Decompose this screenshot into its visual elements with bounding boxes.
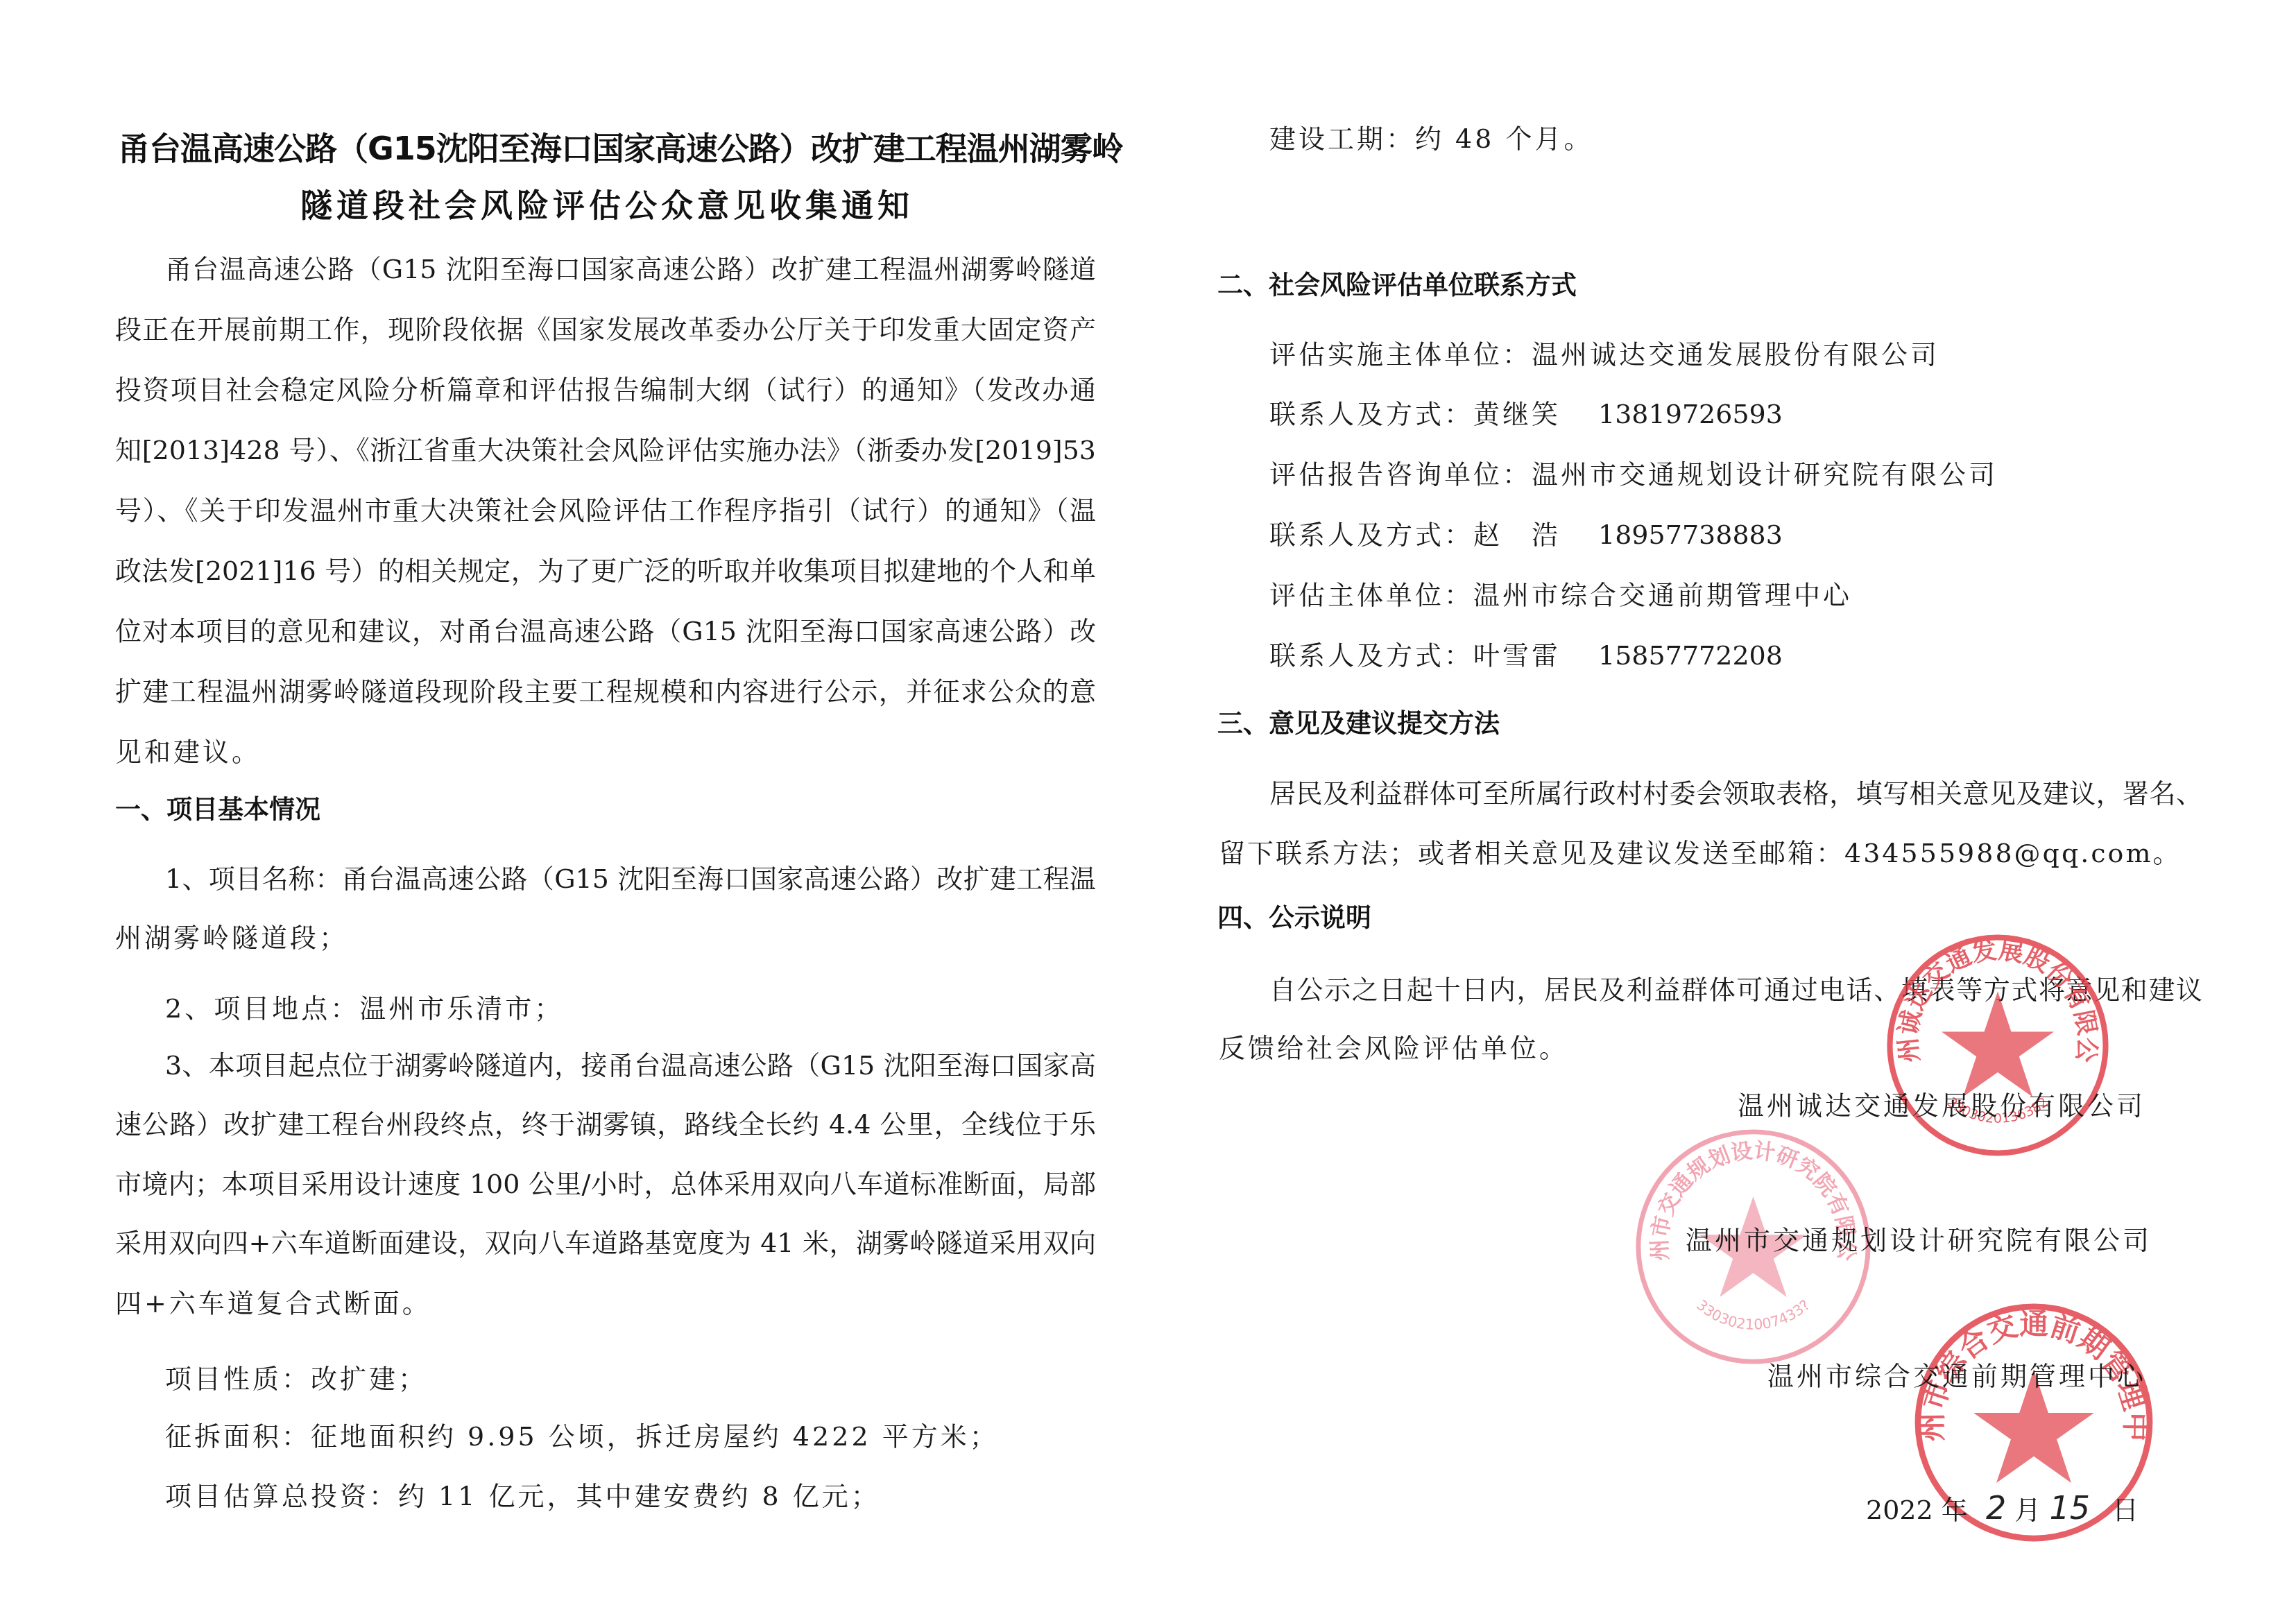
contact-row: 联系人及方式：赵 浩 18957738883 — [1269, 518, 1561, 551]
date-day-handwritten: 15 — [2049, 1489, 2090, 1527]
date-year: 2022 — [1866, 1495, 1933, 1525]
contact-phone: 15857772208 — [1598, 639, 1783, 672]
contact-label: 联系人及方式： — [1269, 640, 1473, 671]
svg-text:3303021007433?: 3303021007433? — [1693, 1296, 1813, 1332]
intro-line: 见和建议。 — [115, 735, 261, 768]
contact-name: 赵 浩 — [1473, 519, 1561, 550]
section-4-heading: 四、公示说明 — [1217, 902, 1371, 935]
contact-row: 评估主体单位：温州市综合交通前期管理中心 — [1269, 578, 1852, 612]
intro-line: 扩建工程温州湖雾岭隧道段现阶段主要工程规模和内容进行公示，并征求公众的意 — [115, 675, 1096, 708]
intro-line: 投资项目社会稳定风险分析篇章和评估报告编制大纲（试行）的通知》（发改办通 — [115, 373, 1096, 406]
section-1-line: 2、项目地点：温州市乐清市； — [165, 992, 563, 1025]
contact-value: 温州诚达交通发展股份有限公司 — [1532, 339, 1939, 370]
section-1-line: 建设工期：约 48 个月。 — [1269, 122, 1593, 155]
contact-row: 联系人及方式：叶雪雷 15857772208 — [1269, 639, 1561, 672]
contact-phone: 13819726593 — [1598, 397, 1783, 431]
section-1-line: 州湖雾岭隧道段； — [115, 921, 348, 954]
svg-text:温州市综合交通前期管理中心: 温州市综合交通前期管理中心 — [1899, 1275, 2152, 1441]
date-month-unit: 月 — [2014, 1495, 2041, 1525]
date-year-unit: 年 — [1942, 1495, 1968, 1525]
contact-label: 评估主体单位： — [1269, 580, 1473, 610]
contact-row: 评估报告咨询单位：温州市交通规划设计研究院有限公司 — [1269, 458, 1998, 491]
document-date: 2022 年 2 月 15 日 — [1866, 1491, 2116, 1525]
section-4-line: 自公示之日起十日内，居民及利益群体可通过电话、填表等方式将意见和建议 — [1269, 973, 2202, 1006]
contact-phone: 18957738883 — [1598, 518, 1783, 551]
section-3-line: 居民及利益群体可至所属行政村村委会领取表格，填写相关意见及建议，署名、 — [1269, 777, 2202, 810]
company-seal-chengda: 温州诚达交通发展股份有限公司 3303020136382 — [1885, 933, 2110, 1158]
intro-line: 段正在开展前期工作，现阶段依据《国家发展改革委办公厅关于印发重大固定资产 — [115, 313, 1096, 346]
section-3-heading: 三、意见及建议提交方法 — [1217, 707, 1500, 741]
date-month-handwritten: 2 — [1986, 1489, 2006, 1527]
intro-line: 位对本项目的意见和建议，对甬台温高速公路（G15 沈阳至海口国家高速公路）改 — [115, 615, 1096, 648]
intro-line: 甬台温高速公路（G15 沈阳至海口国家高速公路）改扩建工程温州湖雾岭隧道 — [165, 252, 1096, 286]
section-1-line: 1、项目名称：甬台温高速公路（G15 沈阳至海口国家高速公路）改扩建工程温 — [165, 862, 1096, 895]
document-title-line-2: 隧道段社会风险评估公众意见收集通知 — [118, 186, 1096, 225]
contact-row: 联系人及方式：黄继笑 13819726593 — [1269, 397, 1561, 431]
contact-label: 联系人及方式： — [1269, 399, 1473, 429]
contact-label: 评估报告咨询单位： — [1269, 459, 1532, 490]
contact-name: 叶雪雷 — [1473, 640, 1561, 671]
section-1-line: 四+六车道复合式断面。 — [115, 1287, 431, 1320]
section-3-line: 留下联系方法；或者相关意见及建议发送至邮箱：434555988@qq.com。 — [1219, 836, 2182, 870]
section-1-line: 项目估算总投资：约 11 亿元，其中建安费约 8 亿元； — [165, 1479, 880, 1513]
section-1-line: 市境内；本项目采用设计速度 100 公里/小时，总体采用双向八车道标准断面，局部 — [115, 1167, 1096, 1201]
contact-name: 黄继笑 — [1473, 399, 1561, 429]
section-2-heading: 二、社会风险评估单位联系方式 — [1217, 269, 1577, 302]
contact-value: 温州市综合交通前期管理中心 — [1473, 580, 1852, 610]
contact-row: 评估实施主体单位：温州诚达交通发展股份有限公司 — [1269, 338, 1939, 371]
contact-label: 联系人及方式： — [1269, 519, 1473, 550]
intro-line: 政法发[2021]16 号）的相关规定，为了更广泛的听取并收集项目拟建地的个人和… — [115, 554, 1096, 587]
contact-label: 评估实施主体单位： — [1269, 339, 1532, 370]
signature-planning-institute: 温州市交通规划设计研究院有限公司 — [1686, 1223, 2109, 1257]
section-1-line: 速公路）改扩建工程台州段终点，终于湖雾镇，路线全长约 4.4 公里，全线位于乐清 — [115, 1108, 1096, 1141]
document-title-line-1: 甬台温高速公路（G15沈阳至海口国家高速公路）改扩建工程温州湖雾岭 — [118, 129, 1096, 168]
date-day-unit: 日 — [2112, 1495, 2139, 1525]
seal-chengda-icon: 温州诚达交通发展股份有限公司 3303020136382 — [1885, 933, 2110, 1158]
signature-planning-center: 温州市综合交通前期管理中心 — [1767, 1359, 2109, 1393]
document-page: 甬台温高速公路（G15沈阳至海口国家高速公路）改扩建工程温州湖雾岭 隧道段社会风… — [0, 0, 2296, 1623]
section-1-heading: 一、项目基本情况 — [115, 793, 320, 827]
section-1-line: 征拆面积：征地面积约 9.95 公顷，拆迁房屋约 4222 平方米； — [165, 1420, 999, 1453]
intro-line: 知[2013]428 号）、《浙江省重大决策社会风险评估实施办法》（浙委办发[2… — [115, 433, 1096, 467]
section-4-line: 反馈给社会风险评估单位。 — [1219, 1031, 1568, 1065]
section-1-line: 3、本项目起点位于湖雾岭隧道内，接甬台温高速公路（G15 沈阳至海口国家高 — [165, 1049, 1096, 1082]
section-1-line: 项目性质：改扩建； — [165, 1362, 427, 1396]
intro-line: 号）、《关于印发温州市重大决策社会风险评估工作程序指引（试行）的通知》（温 — [115, 494, 1096, 527]
signature-chengda: 温州诚达交通发展股份有限公司 — [1738, 1089, 2109, 1122]
contact-value: 温州市交通规划设计研究院有限公司 — [1532, 459, 1998, 490]
section-1-line: 采用双向四+六车道断面建设，双向八车道路基宽度为 41 米，湖雾岭隧道采用双向 — [115, 1226, 1096, 1260]
